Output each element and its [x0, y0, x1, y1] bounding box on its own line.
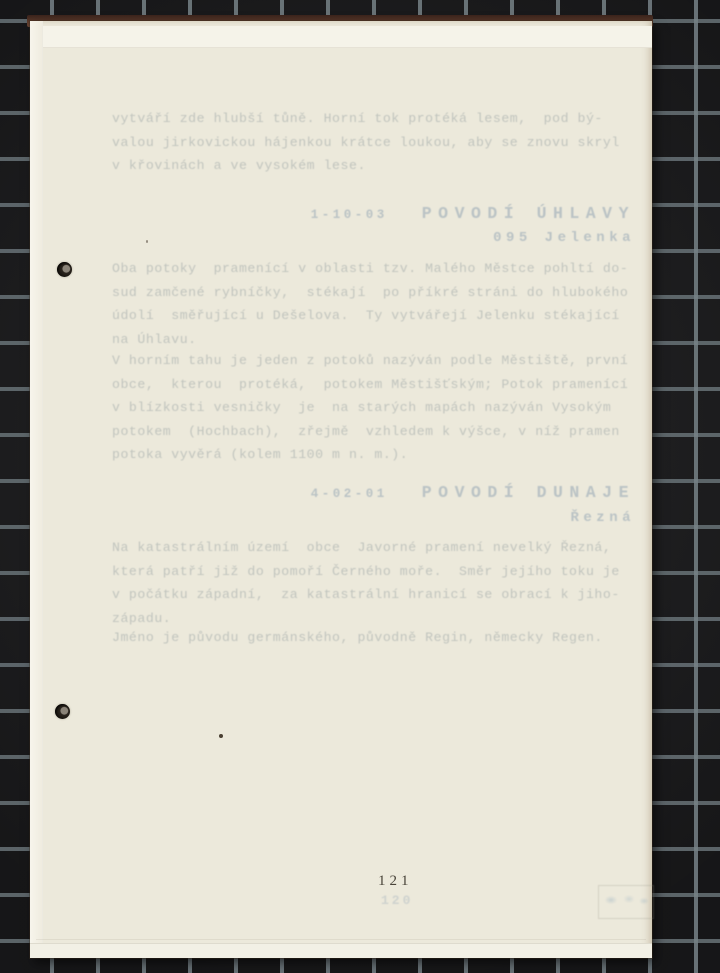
page-spine-edge — [30, 21, 43, 958]
document-page: vytváří zde hlubší tůně. Horní tok proté… — [30, 21, 652, 958]
punch-hole-top — [57, 262, 72, 277]
section-heading-dunaj: 4-02-01 POVODÍ DUNAJE — [311, 483, 635, 502]
paragraph-rezna-1: Na katastrálním území obce Javorné prame… — [112, 536, 620, 630]
section-heading-uhlava: 1-10-03 POVODÍ ÚHLAVY — [311, 204, 635, 223]
punch-hole-bottom — [55, 704, 70, 719]
paragraph-jelenka-1: Oba potoky pramenící v oblasti tzv. Malé… — [112, 257, 628, 351]
archive-stamp — [598, 885, 654, 919]
section-title: POVODÍ ÚHLAVY — [422, 204, 635, 223]
paragraph-rezna-2: Jméno je původu germánského, původně Reg… — [112, 626, 603, 650]
section-subtitle-jelenka: 095 Jelenka — [493, 230, 635, 246]
paper-speck — [146, 240, 148, 243]
page-number: 121 — [378, 873, 413, 890]
paper-crease — [36, 939, 646, 940]
underlying-page-edge-bottom — [30, 943, 652, 958]
ghost-page-number: 120 — [381, 893, 413, 908]
paper-speck — [219, 734, 223, 738]
underlying-page-edge-top — [30, 26, 652, 48]
paragraph-continuation: vytváří zde hlubší tůně. Horní tok proté… — [112, 107, 620, 178]
section-subtitle-rezna: Řezná — [570, 510, 635, 526]
section-title: POVODÍ DUNAJE — [422, 483, 635, 502]
paragraph-jelenka-2: V horním tahu je jeden z potoků nazýván … — [112, 349, 628, 467]
section-code: 1-10-03 — [311, 208, 388, 222]
section-code: 4-02-01 — [311, 487, 388, 501]
